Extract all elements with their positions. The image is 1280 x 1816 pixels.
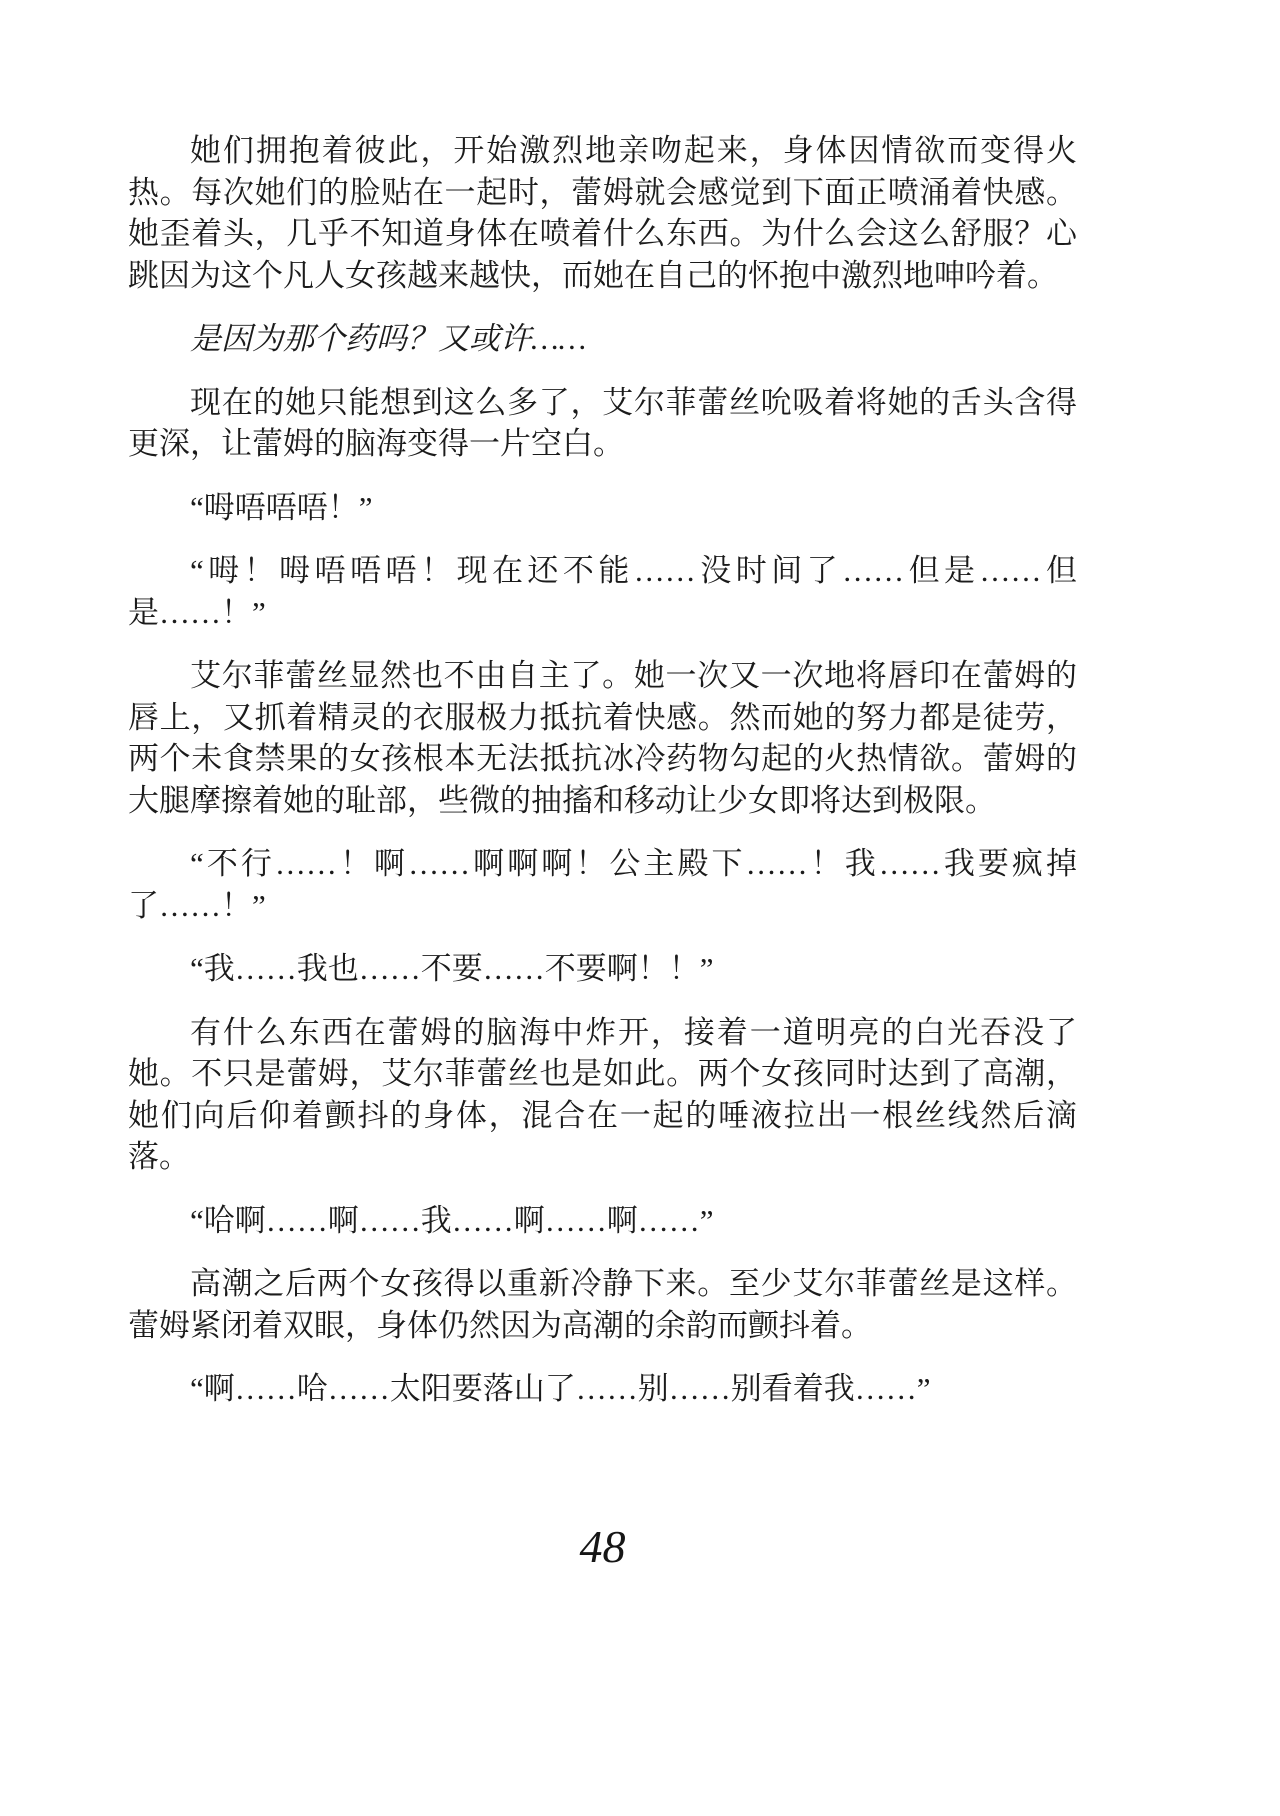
page-number: 48 [128, 1522, 1077, 1573]
paragraph: 高潮之后两个女孩得以重新冷静下来。至少艾尔菲蕾丝是这样。蕾姆紧闭着双眼，身体仍然… [128, 1263, 1077, 1346]
paragraph-dialog: “呣唔唔唔！” [128, 487, 1077, 529]
paragraph: 现在的她只能想到这么多了，艾尔菲蕾丝吮吸着将她的舌头含得更深，让蕾姆的脑海变得一… [128, 382, 1077, 465]
document-page: 她们拥抱着彼此，开始激烈地亲吻起来，身体因情欲而变得火热。每次她们的脸贴在一起时… [0, 0, 1280, 1816]
paragraph-italic-monologue: 是因为那个药吗？又或许…… [128, 318, 1077, 360]
paragraph-dialog: “呣！呣唔唔唔！现在还不能……没时间了……但是……但是……！” [128, 550, 1077, 633]
paragraph: 她们拥抱着彼此，开始激烈地亲吻起来，身体因情欲而变得火热。每次她们的脸贴在一起时… [128, 130, 1077, 296]
paragraph: 有什么东西在蕾姆的脑海中炸开，接着一道明亮的白光吞没了她。不只是蕾姆，艾尔菲蕾丝… [128, 1012, 1077, 1178]
paragraph-dialog: “我……我也……不要……不要啊！！” [128, 948, 1077, 990]
paragraph-dialog: “不行……！啊……啊啊啊！公主殿下……！我……我要疯掉了……！” [128, 843, 1077, 926]
paragraph-dialog: “哈啊……啊……我……啊……啊……” [128, 1200, 1077, 1242]
paragraph: 艾尔菲蕾丝显然也不由自主了。她一次又一次地将唇印在蕾姆的唇上，又抓着精灵的衣服极… [128, 655, 1077, 821]
paragraph-dialog: “啊……哈……太阳要落山了……别……别看着我……” [128, 1368, 1077, 1410]
